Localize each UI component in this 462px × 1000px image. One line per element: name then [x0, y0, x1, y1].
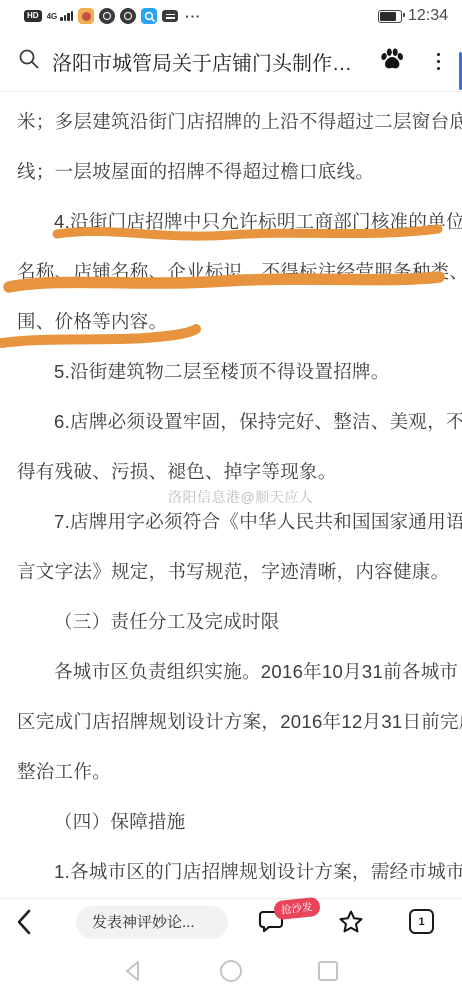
phone-screen: HD 4G ··· 12:34 洛阳市城管局关于店铺门头制作… — [0, 0, 462, 1000]
watermark-text: 洛阳信息港@顺天应人 — [168, 487, 313, 507]
document-line: 1.各城市区的门店招牌规划设计方案，需经市城市 — [17, 847, 445, 897]
more-notifications-icon: ··· — [185, 9, 201, 24]
document-line: 各城市区负责组织实施。2016年10月31前各城市 — [17, 647, 445, 697]
search-icon[interactable] — [18, 48, 40, 75]
kebab-menu-icon[interactable] — [433, 49, 445, 75]
comment-input[interactable]: 发表神评妙论... — [76, 906, 228, 939]
title-bar[interactable]: 洛阳市城管局关于店铺门头制作… — [0, 32, 462, 92]
document-section-heading: （三）责任分工及完成时限 — [17, 597, 445, 647]
document-line: 线；一层坡屋面的招牌不得超过檐口底线。 — [17, 147, 445, 197]
document-line: 名称、店铺名称、企业标识。不得标注经营服务种类、范 — [17, 247, 445, 297]
tab-count-button[interactable]: 1 — [409, 909, 434, 934]
android-nav-bar — [0, 946, 462, 1000]
app-notification-icon — [120, 8, 136, 24]
nav-home-icon[interactable] — [219, 959, 243, 988]
first-comment-badge: 抢沙发 — [273, 897, 320, 921]
battery-icon — [378, 10, 402, 23]
document-line: 言文字法》规定，书写规范，字迹清晰，内容健康。 — [17, 547, 445, 597]
document-section-heading: （四）保障措施 — [17, 797, 445, 847]
document-line: 米；多层建筑沿街门店招牌的上沿不得超过二层窗台底 — [17, 97, 445, 147]
status-bar: HD 4G ··· 12:34 — [0, 0, 462, 32]
favorite-star-icon[interactable] — [337, 908, 365, 941]
page-title[interactable]: 洛阳市城管局关于店铺门头制作… — [52, 47, 352, 76]
comment-toolbar: 发表神评妙论... 抢沙发 1 — [0, 898, 462, 947]
signal-strength-icon: 4G — [47, 11, 74, 21]
nav-recents-icon[interactable] — [316, 959, 340, 988]
document-line: 围、价格等内容。 — [17, 297, 445, 347]
network-type-label: 4G — [47, 12, 58, 21]
document-line: 区完成门店招牌规划设计方案，2016年12月31日前完成 — [17, 697, 445, 747]
nav-back-icon[interactable] — [122, 959, 146, 988]
hd-icon: HD — [24, 10, 42, 22]
back-button[interactable] — [16, 908, 32, 941]
document-line: 6.店牌必须设置牢固，保持完好、整洁、美观，不 — [17, 397, 445, 447]
document-line: 5.沿街建筑物二层至楼顶不得设置招牌。 — [17, 347, 445, 397]
reader-notification-icon — [162, 10, 178, 22]
clock-time: 12:34 — [408, 7, 448, 25]
document-line: 整治工作。 — [17, 747, 445, 797]
document-line: 4.沿街门店招牌中只允许标明工商部门核准的单位 — [17, 197, 445, 247]
browser-search-notification-icon — [141, 8, 157, 24]
app-notification-icon — [99, 8, 115, 24]
baidu-paw-icon[interactable] — [379, 47, 405, 76]
weibo-notification-icon — [78, 8, 94, 24]
